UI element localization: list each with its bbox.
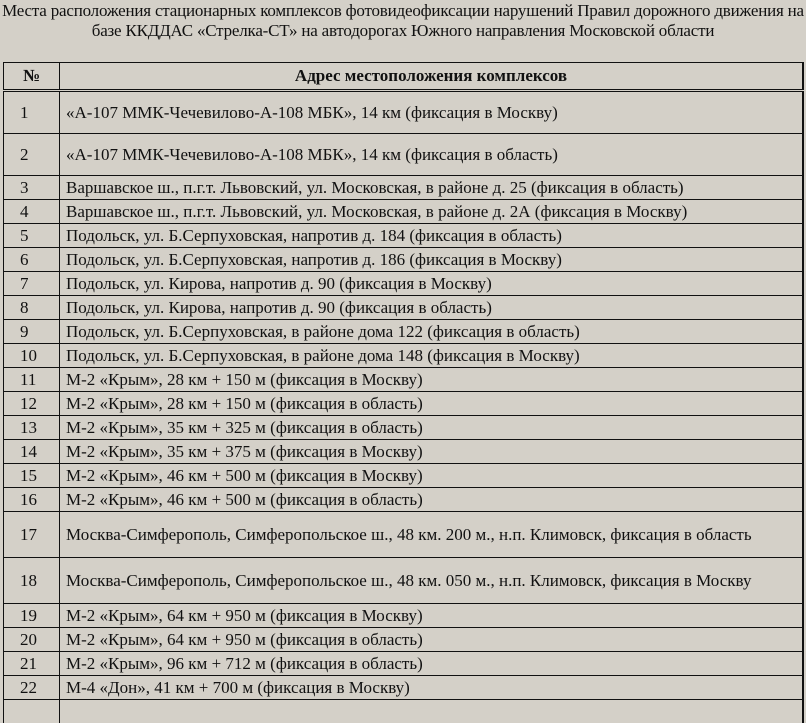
row-address: Москва-Симферополь, Симферопольское ш., … [60, 558, 804, 604]
table-row: 21М-2 «Крым», 96 км + 712 м (фиксация в … [4, 652, 804, 676]
row-address: Подольск, ул. Б.Серпуховская, в районе д… [60, 320, 804, 344]
row-number: 16 [4, 488, 60, 512]
row-address: М-2 «Крым», 64 км + 950 м (фиксация в об… [60, 628, 804, 652]
table-row: 12М-2 «Крым», 28 км + 150 м (фиксация в … [4, 392, 804, 416]
row-number: 8 [4, 296, 60, 320]
row-address: М-2 «Крым», 35 км + 375 м (фиксация в Мо… [60, 440, 804, 464]
table-row: 11М-2 «Крым», 28 км + 150 м (фиксация в … [4, 368, 804, 392]
table-row: 16М-2 «Крым», 46 км + 500 м (фиксация в … [4, 488, 804, 512]
header-number: № [4, 63, 60, 91]
row-number: 15 [4, 464, 60, 488]
row-address: М-2 «Крым», 96 км + 712 м (фиксация в об… [60, 652, 804, 676]
table-row: 17Москва-Симферополь, Симферопольское ш.… [4, 512, 804, 558]
row-number: 1 [4, 91, 60, 134]
header-address: Адрес местоположения комплексов [60, 63, 804, 91]
table-row: 20М-2 «Крым», 64 км + 950 м (фиксация в … [4, 628, 804, 652]
row-address: Подольск, ул. Б.Серпуховская, напротив д… [60, 224, 804, 248]
table-row: 18Москва-Симферополь, Симферопольское ш.… [4, 558, 804, 604]
row-address: Варшавское ш., п.г.т. Львовский, ул. Мос… [60, 176, 804, 200]
table-row: 14М-2 «Крым», 35 км + 375 м (фиксация в … [4, 440, 804, 464]
row-address: Подольск, ул. Кирова, напротив д. 90 (фи… [60, 272, 804, 296]
row-number: 5 [4, 224, 60, 248]
table-row: 13М-2 «Крым», 35 км + 325 м (фиксация в … [4, 416, 804, 440]
table-row: 22М-4 «Дон», 41 км + 700 м (фиксация в М… [4, 676, 804, 700]
row-number: 22 [4, 676, 60, 700]
row-address: Подольск, ул. Б.Серпуховская, напротив д… [60, 248, 804, 272]
table-header-row: № Адрес местоположения комплексов [4, 63, 804, 91]
table-row: 10Подольск, ул. Б.Серпуховская, в районе… [4, 344, 804, 368]
row-number: 4 [4, 200, 60, 224]
row-number: 18 [4, 558, 60, 604]
row-address: М-2 «Крым», 46 км + 500 м (фиксация в об… [60, 488, 804, 512]
row-number: 20 [4, 628, 60, 652]
table-row: 19М-2 «Крым», 64 км + 950 м (фиксация в … [4, 604, 804, 628]
row-number: 19 [4, 604, 60, 628]
row-number: 12 [4, 392, 60, 416]
row-number: 3 [4, 176, 60, 200]
row-address: Варшавское ш., п.г.т. Львовский, ул. Мос… [60, 200, 804, 224]
table-row: 5Подольск, ул. Б.Серпуховская, напротив … [4, 224, 804, 248]
row-number: 17 [4, 512, 60, 558]
row-address: Подольск, ул. Б.Серпуховская, в районе д… [60, 344, 804, 368]
table-row: 8Подольск, ул. Кирова, напротив д. 90 (ф… [4, 296, 804, 320]
table-row: 6Подольск, ул. Б.Серпуховская, напротив … [4, 248, 804, 272]
row-address: М-2 «Крым», 35 км + 325 м (фиксация в об… [60, 416, 804, 440]
table-row: 4Варшавское ш., п.г.т. Львовский, ул. Мо… [4, 200, 804, 224]
row-number: 14 [4, 440, 60, 464]
document-title: Места расположения стационарных комплекс… [0, 1, 806, 41]
table-row: 2«А-107 ММК-Чечевилово-А-108 МБК», 14 км… [4, 134, 804, 176]
row-address: М-2 «Крым», 28 км + 150 м (фиксация в об… [60, 392, 804, 416]
row-address: М-2 «Крым», 46 км + 500 м (фиксация в Мо… [60, 464, 804, 488]
row-number: 7 [4, 272, 60, 296]
row-address: «А-107 ММК-Чечевилово-А-108 МБК», 14 км … [60, 134, 804, 176]
row-number: 13 [4, 416, 60, 440]
row-address: М-2 «Крым», 28 км + 150 м (фиксация в Мо… [60, 368, 804, 392]
row-address: М-4 «Дон», 41 км + 700 м (фиксация в Мос… [60, 676, 804, 700]
row-number: 10 [4, 344, 60, 368]
table-row: 15М-2 «Крым», 46 км + 500 м (фиксация в … [4, 464, 804, 488]
table-row-partial [4, 700, 804, 723]
row-address: М-2 «Крым», 64 км + 950 м (фиксация в Мо… [60, 604, 804, 628]
table-row: 3Варшавское ш., п.г.т. Львовский, ул. Мо… [4, 176, 804, 200]
row-number: 21 [4, 652, 60, 676]
row-number: 2 [4, 134, 60, 176]
table-row: 7Подольск, ул. Кирова, напротив д. 90 (ф… [4, 272, 804, 296]
row-address: «А-107 ММК-Чечевилово-А-108 МБК», 14 км … [60, 91, 804, 134]
row-number: 11 [4, 368, 60, 392]
table-row: 9Подольск, ул. Б.Серпуховская, в районе … [4, 320, 804, 344]
row-number: 6 [4, 248, 60, 272]
row-address: Москва-Симферополь, Симферопольское ш., … [60, 512, 804, 558]
table-row: 1«А-107 ММК-Чечевилово-А-108 МБК», 14 км… [4, 91, 804, 134]
locations-table: № Адрес местоположения комплексов 1«А-10… [3, 62, 804, 723]
row-number: 9 [4, 320, 60, 344]
row-address: Подольск, ул. Кирова, напротив д. 90 (фи… [60, 296, 804, 320]
